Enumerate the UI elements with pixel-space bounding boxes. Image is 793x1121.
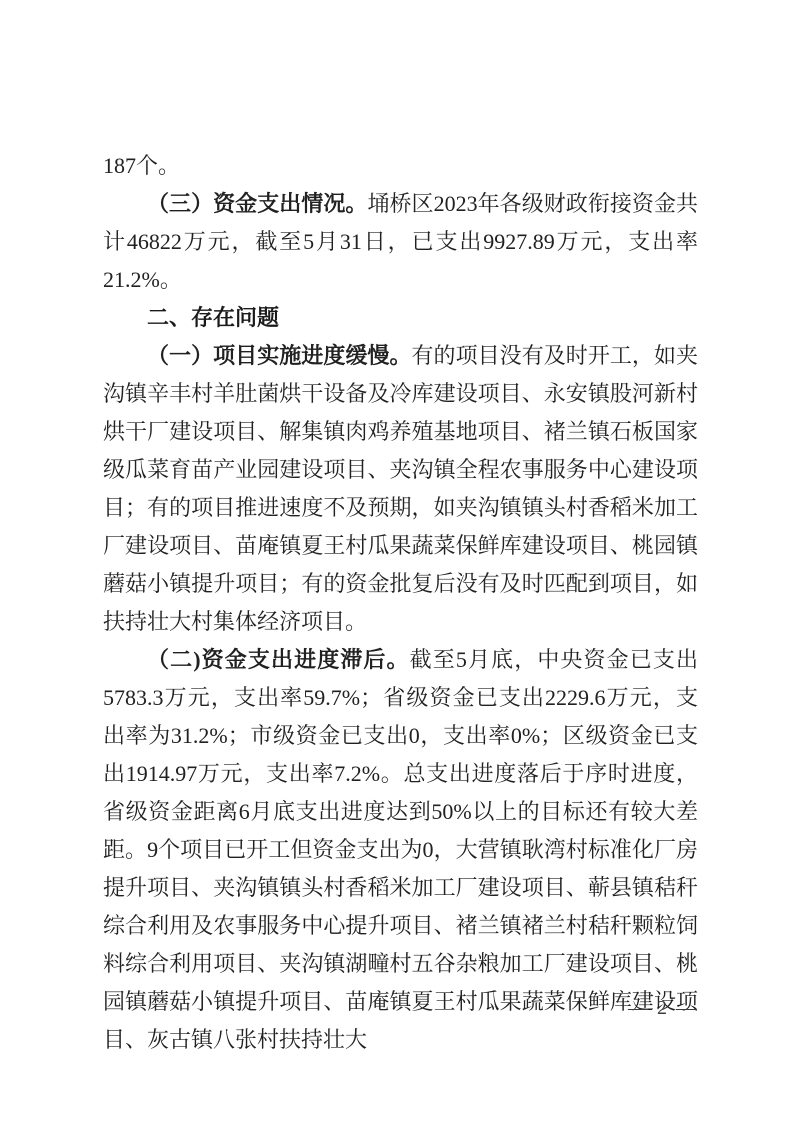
section-heading-problems: 二、存在问题 bbox=[103, 299, 698, 337]
paragraph-section-3-funds-expenditure: （三）资金支出情况。埇桥区2023年各级财政衔接资金共计46822万元，截至5月… bbox=[103, 185, 698, 299]
paragraph-lead: （三）资金支出情况。 bbox=[147, 191, 367, 216]
page-number: — 2 — bbox=[628, 994, 698, 1022]
paragraph-lead: （一）项目实施进度缓慢。 bbox=[147, 343, 412, 368]
paragraph-text: 有的项目没有及时开工，如夹沟镇辛丰村羊肚菌烘干设备及冷库建设项目、永安镇股河新村… bbox=[103, 343, 698, 634]
paragraph-lead: （二)资金支出进度滞后。 bbox=[147, 647, 410, 672]
paragraph-carryover: 187个。 bbox=[103, 147, 698, 185]
document-page: 187个。 （三）资金支出情况。埇桥区2023年各级财政衔接资金共计46822万… bbox=[0, 0, 793, 1121]
paragraph-issue-2-lagging-expenditure: （二)资金支出进度滞后。截至5月底，中央资金已支出5783.3万元，支出率59.… bbox=[103, 641, 698, 1059]
paragraph-issue-1-slow-implementation: （一）项目实施进度缓慢。有的项目没有及时开工，如夹沟镇辛丰村羊肚菌烘干设备及冷库… bbox=[103, 337, 698, 641]
document-body: 187个。 （三）资金支出情况。埇桥区2023年各级财政衔接资金共计46822万… bbox=[103, 147, 698, 1059]
paragraph-text: 截至5月底，中央资金已支出5783.3万元，支出率59.7%；省级资金已支出22… bbox=[103, 647, 698, 1052]
